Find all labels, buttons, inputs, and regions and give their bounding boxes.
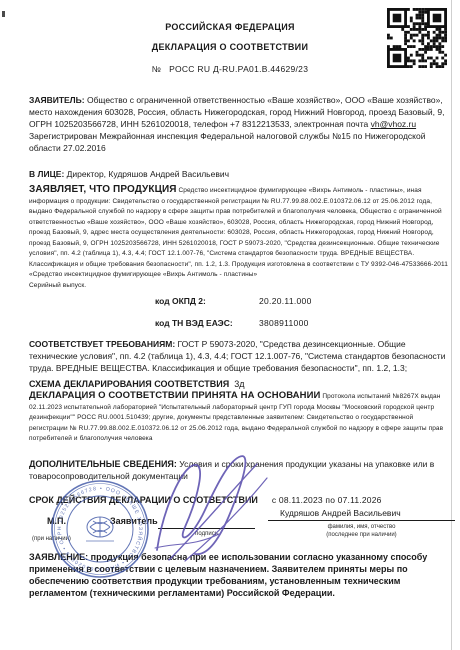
basis-label: ДЕКЛАРАЦИЯ О СООТВЕТСТВИИ ПРИНЯТА НА ОСН… xyxy=(29,390,320,401)
okpd-code-row: код ОКПД 2: 20.20.11.000 xyxy=(29,296,453,306)
declares-label: ЗАЯВЛЯЕТ, ЧТО ПРОДУКЦИЯ xyxy=(29,184,177,195)
scan-artifact xyxy=(2,11,5,17)
applicant-registration: Зарегистрирован Межрайонная инспекция Фе… xyxy=(29,130,453,154)
in-person-section: В ЛИЦЕ: Директор, Кудряшов Андрей Василь… xyxy=(29,168,453,180)
scheme-label: СХЕМА ДЕКЛАРИРОВАНИЯ СООТВЕТСТВИЯ xyxy=(29,379,229,389)
conforms-label: СООТВЕТСТВУЕТ ТРЕБОВАНИЯМ: xyxy=(29,339,175,349)
declaration-document: РОССИЙСКАЯ ФЕДЕРАЦИЯ ДЕКЛАРАЦИЯ О СООТВЕ… xyxy=(0,0,460,650)
basis-section: ДЕКЛАРАЦИЯ О СООТВЕТСТВИИ ПРИНЯТА НА ОСН… xyxy=(29,391,453,445)
okpd-code-label: код ОКПД 2: xyxy=(155,296,259,306)
applicant-email: vh@vhoz.ru xyxy=(371,119,416,129)
stamp-emblem xyxy=(86,517,114,541)
applicant-section: ЗАЯВИТЕЛЬ: Общество с ограниченной ответ… xyxy=(29,94,453,154)
declaration-number: РОСС RU Д-RU.РА01.В.44629/23 xyxy=(169,64,308,74)
svg-text:• ООО «ВАШЕ ХОЗЯЙСТВО» • ИНН 5: • ООО «ВАШЕ ХОЗЯЙСТВО» • ИНН 5261020018 … xyxy=(57,486,144,572)
in-person-text: Директор, Кудряшов Андрей Васильевич xyxy=(64,169,229,179)
tnved-code-row: код ТН ВЭД ЕАЭС: 3808911000 xyxy=(29,318,453,328)
signatory-name: Кудряшов Андрей Васильевич xyxy=(268,508,455,521)
name-block: Кудряшов Андрей Васильевич фамилия, имя,… xyxy=(268,508,455,538)
tnved-code-label: код ТН ВЭД ЕАЭС: xyxy=(155,318,259,328)
qr-code xyxy=(386,8,448,68)
scheme-value: 3д xyxy=(234,379,244,389)
declares-section: ЗАЯВЛЯЕТ, ЧТО ПРОДУКЦИЯ Средство инсекти… xyxy=(29,185,453,291)
handwritten-signature-icon xyxy=(135,448,295,568)
okpd-code-value: 20.20.11.000 xyxy=(259,296,312,306)
conforms-section: СООТВЕТСТВУЕТ ТРЕБОВАНИЯМ: ГОСТ Р 59073-… xyxy=(29,338,453,374)
declares-text: Средство инсектицидное фумигирующее «Вих… xyxy=(29,187,448,278)
tnved-code-value: 3808911000 xyxy=(259,318,309,328)
name-caption-2: (последнее при наличии) xyxy=(268,532,455,538)
scheme-section: СХЕМА ДЕКЛАРИРОВАНИЯ СООТВЕТСТВИЯ 3д xyxy=(29,379,453,389)
in-person-label: В ЛИЦЕ: xyxy=(29,169,64,179)
declares-serial: Серийный выпуск. xyxy=(29,281,453,292)
name-caption: фамилия, имя, отчество xyxy=(268,524,455,530)
number-label: № xyxy=(152,64,161,74)
stamp-ring-text: • ООО «ВАШЕ ХОЗЯЙСТВО» • ИНН 5261020018 … xyxy=(57,486,144,572)
applicant-label: ЗАЯВИТЕЛЬ: xyxy=(29,95,85,105)
